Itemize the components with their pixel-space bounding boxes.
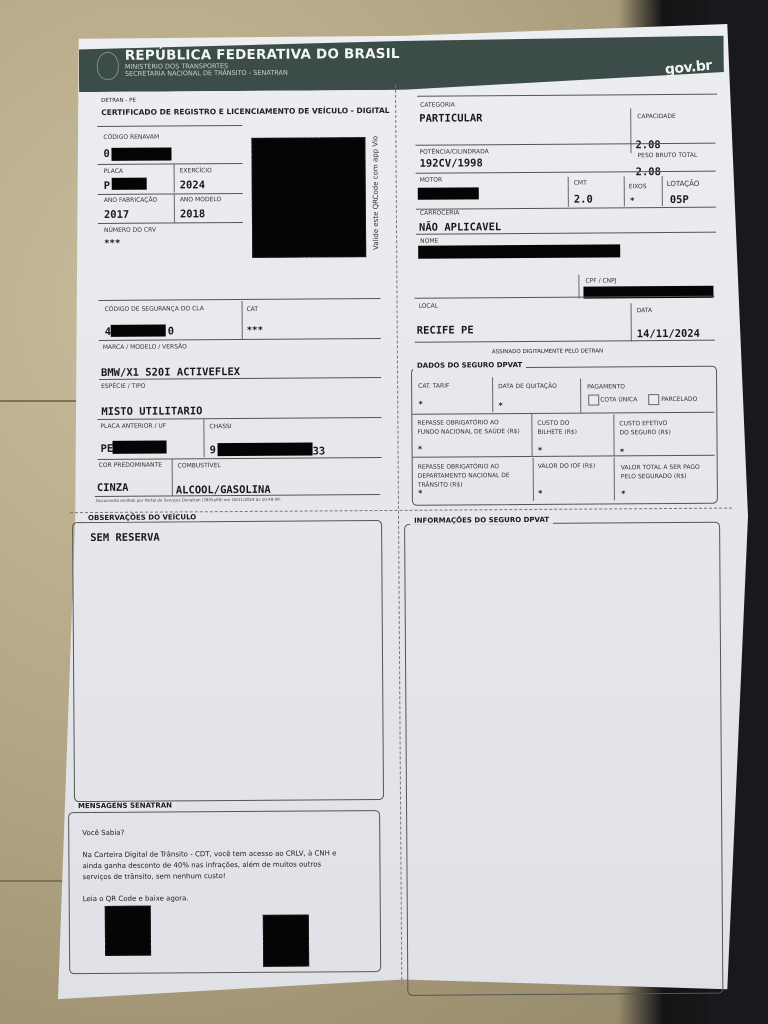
data-label: DATA xyxy=(637,307,653,314)
lotacao-label: LOTAÇÃO xyxy=(667,180,700,188)
eixos-value: * xyxy=(630,196,635,205)
redacted-block xyxy=(418,187,479,199)
qr-code-redacted xyxy=(105,906,151,956)
capacidade-label: CAPACIDADE xyxy=(637,113,676,120)
redacted-block xyxy=(111,325,166,337)
cat-value: *** xyxy=(247,326,263,336)
redacted-block xyxy=(218,442,313,456)
data-quitacao-label: DATA DE QUITAÇÃO xyxy=(498,383,557,390)
cpf-cnpj-label: CPF / CNPJ xyxy=(585,277,616,284)
observacoes-title: OBSERVAÇÕES DO VEÍCULO xyxy=(84,513,200,522)
chassi-label: CHASSI xyxy=(209,423,231,430)
crv-label: NÚMERO DO CRV xyxy=(104,227,156,234)
custo-efetivo-label: CUSTO EFETIVODO SEGURO (R$) xyxy=(619,419,670,437)
repasse-transito-value: * xyxy=(418,489,423,498)
ano-modelo-value: 2018 xyxy=(180,208,205,220)
qr-validate-text: Valide este QRCode com app Vio xyxy=(371,136,380,250)
local-label: LOCAL xyxy=(419,303,439,310)
lotacao-value: 05P xyxy=(670,194,689,206)
valor-total-label: VALOR TOTAL A SER PAGOPELO SEGURADO (R$) xyxy=(621,463,700,482)
observacoes-value: SEM RESERVA xyxy=(90,532,160,544)
categoria-value: PARTICULAR xyxy=(419,112,482,124)
info-dpvat-title: INFORMAÇÕES DO SEGURO DPVAT xyxy=(410,516,553,525)
marca-modelo-label: MARCA / MODELO / VERSÃO xyxy=(103,343,187,351)
cat-label: CAT xyxy=(247,306,259,313)
especie-tipo-label: ESPÉCIE / TIPO xyxy=(101,383,145,390)
peso-bruto-label: PESO BRUTO TOTAL xyxy=(637,152,697,159)
marca-modelo-value: BMW/X1 S20I ACTIVEFLEX xyxy=(101,366,240,379)
signed-text: ASSINADO DIGITALMENTE PELO DETRAN xyxy=(492,348,603,355)
mensagens-title: MENSAGENS SENATRAN xyxy=(74,801,176,810)
local-value: RECIFE PE xyxy=(417,324,474,336)
motor-label: MOTOR xyxy=(420,177,443,184)
placa-anterior-label: PLACA ANTERIOR / UF xyxy=(100,423,166,430)
header-title: REPÚBLICA FEDERATIVA DO BRASIL xyxy=(125,46,400,64)
especie-tipo-value: MISTO UTILITARIO xyxy=(101,405,202,418)
ano-fabricacao-label: ANO FABRICAÇÃO xyxy=(104,197,157,204)
cota-unica-label: COTA ÚNICA xyxy=(600,396,637,403)
cor-value: CINZA xyxy=(97,482,129,494)
potencia-value: 192CV/1998 xyxy=(420,157,483,169)
placa-value: P xyxy=(104,180,110,192)
cmt-label: CMT xyxy=(574,180,587,187)
chassi-value-start: 9 xyxy=(210,444,216,456)
ano-modelo-label: ANO MODELO xyxy=(180,196,221,203)
carroceria-label: CARROCERIA xyxy=(420,209,459,216)
info-dpvat-box xyxy=(404,522,723,996)
chassi-value-end: 33 xyxy=(313,445,326,457)
qr-code-redacted xyxy=(251,137,366,258)
brasil-coat-of-arms-icon xyxy=(97,52,119,80)
crv-value: *** xyxy=(104,239,120,249)
qr-code-redacted xyxy=(263,915,309,967)
ano-fabricacao-value: 2017 xyxy=(104,209,129,221)
document-footnote: Documento emitido por Portal de Serviços… xyxy=(96,497,281,503)
eixos-label: EIXOS xyxy=(629,183,647,190)
cota-unica-checkbox[interactable] xyxy=(588,394,599,405)
repasse-saude-label: REPASSE OBRIGATÓRIO AOFUNDO NACIONAL DE … xyxy=(417,418,519,437)
mensagem-text: Você Sabia? Na Carteira Digital de Trâns… xyxy=(82,826,337,905)
redacted-block xyxy=(112,441,166,454)
cat-tarif-value: * xyxy=(418,400,423,409)
govbr-logo: gov.br xyxy=(664,58,712,78)
renavam-label: CÓDIGO RENAVAM xyxy=(103,134,159,141)
valor-total-value: * xyxy=(621,489,626,498)
categoria-label: CATEGORIA xyxy=(420,101,455,108)
repasse-transito-label: REPASSE OBRIGATÓRIO AODEPARTAMENTO NACIO… xyxy=(418,462,510,490)
data-value: 14/11/2024 xyxy=(637,328,700,340)
placa-anterior-value: PE xyxy=(101,443,114,455)
nome-label: NOME xyxy=(420,238,438,245)
custo-bilhete-label: CUSTO DOBILHETE (R$) xyxy=(537,419,577,437)
fold-line xyxy=(70,508,732,514)
redacted-block xyxy=(112,178,147,190)
redacted-block xyxy=(111,147,171,160)
crlv-document: REPÚBLICA FEDERATIVA DO BRASIL MINISTÉRI… xyxy=(0,0,768,1024)
codigo-seguranca-end: 0 xyxy=(168,325,174,337)
data-quitacao-value: * xyxy=(498,401,503,410)
document-title: CERTIFICADO DE REGISTRO E LICENCIAMENTO … xyxy=(101,106,389,117)
issuer: DETRAN - PE xyxy=(101,98,136,104)
repasse-saude-value: * xyxy=(418,445,423,454)
secretariat-name: SECRETARIA NACIONAL DE TRÂNSITO - SENATR… xyxy=(125,70,288,78)
observacoes-box xyxy=(72,520,384,802)
cat-tarif-label: CAT. TARIF xyxy=(418,383,449,390)
custo-bilhete-value: * xyxy=(538,446,543,455)
renavam-value: 0 xyxy=(103,148,109,160)
combustivel-label: COMBUSTÍVEL xyxy=(178,462,221,469)
potencia-label: POTÊNCIA/CILINDRADA xyxy=(419,148,488,155)
parcelado-checkbox[interactable] xyxy=(648,394,659,405)
cor-label: COR PREDOMINANTE xyxy=(99,462,162,469)
carroceria-value: NÃO APLICAVEL xyxy=(419,221,501,234)
fold-line xyxy=(395,85,402,985)
dpvat-title: DADOS DO SEGURO DPVAT xyxy=(413,361,526,370)
capacidade-value: 2.08 xyxy=(635,139,660,151)
placa-label: PLACA xyxy=(104,168,123,175)
parcelado-label: PARCELADO xyxy=(661,396,697,403)
exercicio-value: 2024 xyxy=(180,179,205,191)
pagamento-label: PAGAMENTO xyxy=(587,383,625,390)
cmt-value: 2.0 xyxy=(574,194,593,206)
valor-iof-value: * xyxy=(538,489,543,498)
redacted-block xyxy=(418,244,620,258)
valor-iof-label: VALOR DO IOF (R$) xyxy=(538,463,596,470)
exercicio-label: EXERCÍCIO xyxy=(180,167,212,174)
codigo-seguranca-label: CÓDIGO DE SEGURANÇA DO CLA xyxy=(105,305,204,313)
header-subtitle: MINISTÉRIO DOS TRANSPORTES SECRETARIA NA… xyxy=(125,63,288,78)
